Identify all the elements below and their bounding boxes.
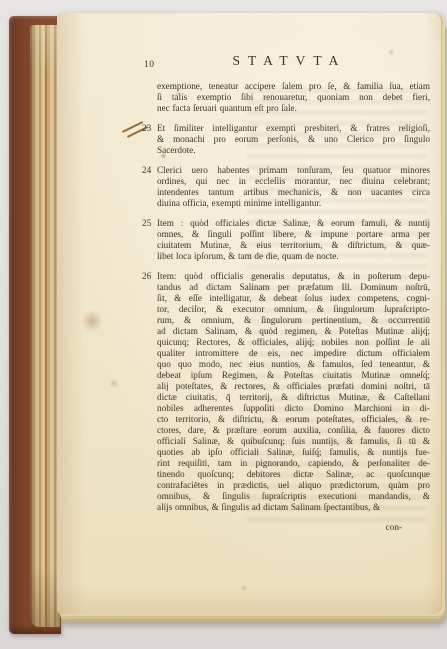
text-line: ciuitatem Mutinæ, & eius territorium, & … — [157, 240, 430, 251]
text-line: nobiles adherentes ſuppoſiti dicto Domin… — [157, 403, 430, 414]
text-line: dictæ ciuitatis, q̄ territorij, & diſtri… — [157, 392, 430, 403]
folio-number: 10 — [144, 60, 155, 71]
page-header: 10 STATVTA — [142, 55, 430, 73]
text-line: rint requiſiti, tam in pignorando, capie… — [157, 458, 430, 469]
text-line: tandus ad dictam Salinam per præfatum Il… — [157, 282, 430, 293]
paragraph-number: 25 — [142, 218, 157, 229]
paragraph: 23Et ſimiliter intelligantur exempti pre… — [142, 123, 430, 156]
foxing-spot — [109, 379, 119, 388]
text-block: 10 STATVTA exemptione, teneatur accipere… — [142, 55, 430, 533]
text-line: nec facta ſeruari quantum eſt pro ſale. — [157, 103, 430, 114]
page-stack-fore-edge — [30, 25, 60, 627]
text-line: cto territorio, & diſtrictu, & eorum pot… — [157, 414, 430, 425]
paragraph-number: 24 — [142, 165, 157, 176]
paragraph: exemptione, teneatur accipere ſalem pro … — [142, 81, 430, 114]
text-line: rum, & omnium, & ſingulorum pertinentium… — [157, 315, 430, 326]
text-line: quoties ab ipſo officiali Salinæ, ſuiſq́… — [157, 447, 430, 458]
paragraph: 25Item : quòd officiales dictæ Salinæ, &… — [142, 218, 430, 262]
running-title: STATVTA — [232, 55, 346, 66]
text-line: quo quo modo, nec eius nuntios, & famulo… — [157, 359, 430, 370]
text-line: diuina officia, exempti minime intelliga… — [157, 198, 430, 209]
foxing-spot — [241, 585, 247, 591]
paragraph-number: 26 — [142, 271, 157, 282]
text-line: exemptione, teneatur accipere ſalem pro … — [157, 81, 430, 92]
text-line: contrafaciētes in prædictis, uel aliquo … — [157, 480, 430, 491]
foxing-spot — [83, 309, 101, 333]
paragraph-number: 23 — [142, 123, 157, 134]
catchword: con- — [142, 522, 430, 533]
text-line: 24Clerici uero habentes primam tonſuram,… — [157, 165, 430, 176]
text-line: omnibus, & ſingulis ſupraſcriptis execut… — [157, 491, 430, 502]
text-line: tinendo quoſcunq; debitores dictæ Salinæ… — [157, 469, 430, 480]
text-line: officiali Salinæ, & quibuſcunq; ſuis nun… — [157, 436, 430, 447]
text-line: omnes, & ſinguli poſſint libere, & impun… — [157, 229, 430, 240]
text-line: debeat ipſum Regimen, & Poteſtas ciuitat… — [157, 370, 430, 381]
photo-background: { "page": { "folio_number": "10", "runni… — [0, 0, 447, 649]
text-line: tor, deciſor, & executor omnium, & ſingu… — [157, 304, 430, 315]
text-line: Sacerdote. — [157, 145, 430, 156]
text-line: ad dictam Salinam, & quòd regimen, & Pot… — [157, 326, 430, 337]
text-line: 25Item : quòd officiales dictæ Salinæ, &… — [157, 218, 430, 229]
text-line: ſit, & eſſe intelligatur, & debeat ſolus… — [157, 293, 430, 304]
text-line: alijs omnibus, & ſingulis ad dictam Sali… — [157, 502, 430, 513]
text-line: qualiter intromittere de eis, nec impedi… — [157, 348, 430, 359]
text-line: ctores, dare, & præſtare eorum auxilia, … — [157, 425, 430, 436]
text-line: quicunq; Rectores, & officiales, alijq́;… — [157, 337, 430, 348]
paragraph: 26Item: quòd officialis generalis deputa… — [142, 271, 430, 513]
text-line: & monachi pro eorum perſonis, & uno Cler… — [157, 134, 430, 145]
paragraphs-container: exemptione, teneatur accipere ſalem pro … — [142, 81, 430, 513]
book-page: 10 STATVTA exemptione, teneatur accipere… — [57, 13, 442, 614]
text-line: 23Et ſimiliter intelligantur exempti pre… — [157, 123, 430, 134]
text-line: 26Item: quòd officialis generalis deputa… — [157, 271, 430, 282]
text-line: ordines, qui nec in eccleſiis morantur, … — [157, 176, 430, 187]
paragraph: 24Clerici uero habentes primam tonſuram,… — [142, 165, 430, 209]
text-line: alij poteſtates, & rectores, & officiale… — [157, 381, 430, 392]
text-line: ſi talis exemptio ſibi renouaretur, quon… — [157, 92, 430, 103]
text-line: intendentes tantum artibus mechanicis, &… — [157, 187, 430, 198]
text-line: libet loca ipſorum, & tam de die, quam d… — [157, 251, 430, 262]
